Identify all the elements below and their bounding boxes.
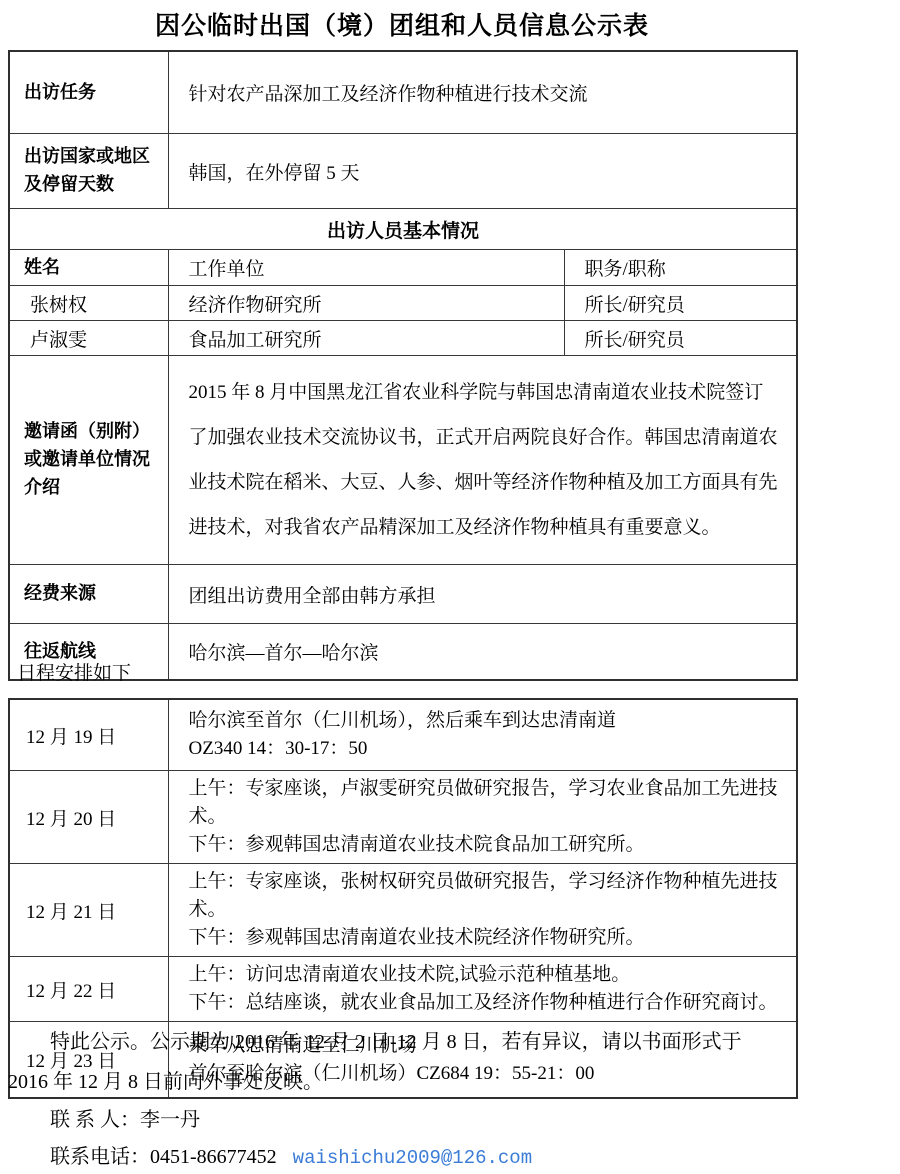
schedule-line: 下午：参观韩国忠清南道农业技术院经济作物研究所。 xyxy=(189,924,789,952)
schedule-row: 12 月 19 日 哈尔滨至首尔（仁川机场），然后乘车到达忠清南道 OZ340 … xyxy=(9,699,797,771)
table-row: 出访人员基本情况 xyxy=(9,209,797,250)
schedule-line: 上午：访问忠清南道农业技术院,试验示范种植基地。 xyxy=(189,961,789,989)
public-notice-line: 特此公示。公示期为 2016 年 12 月 2 日-12 月 8 日，若有异议，… xyxy=(8,1022,796,1062)
schedule-line: 下午：参观韩国忠清南道农业技术院食品加工研究所。 xyxy=(189,831,789,859)
col-header-unit: 工作单位 xyxy=(168,250,564,286)
invitation-value: 2015 年 8 月中国黑龙江省农业科学院与韩国忠清南道农业技术院签订了加强农业… xyxy=(168,356,797,565)
person-title: 所长/研究员 xyxy=(564,286,797,321)
personnel-row: 卢淑雯 食品加工研究所 所长/研究员 xyxy=(9,321,797,356)
funding-value: 团组出访费用全部由韩方承担 xyxy=(168,565,797,624)
mission-value: 针对农产品深加工及经济作物种植进行技术交流 xyxy=(168,51,797,134)
schedule-row: 12 月 22 日 上午：访问忠清南道农业技术院,试验示范种植基地。 下午：总结… xyxy=(9,957,797,1022)
table-row: 出访任务 针对农产品深加工及经济作物种植进行技术交流 xyxy=(9,51,797,134)
invitation-label: 邀请函（别附）或邀请单位情况介绍 xyxy=(9,356,168,565)
schedule-row: 12 月 21 日 上午：专家座谈，张树权研究员做研究报告，学习经济作物种植先进… xyxy=(9,864,797,957)
contact-phone-label: 联系电话： xyxy=(50,1146,150,1168)
personnel-header-row: 姓名 工作单位 职务/职称 xyxy=(9,250,797,286)
col-header-title: 职务/职称 xyxy=(564,250,797,286)
table-row: 经费来源 团组出访费用全部由韩方承担 xyxy=(9,565,797,624)
mission-label: 出访任务 xyxy=(9,51,168,134)
country-label: 出访国家或地区及停留天数 xyxy=(9,134,168,209)
person-name: 卢淑雯 xyxy=(9,321,168,356)
email-link[interactable]: waishichu2009@126.com xyxy=(293,1147,532,1169)
person-unit: 食品加工研究所 xyxy=(168,321,564,356)
schedule-content: 上午：专家座谈，卢淑雯研究员做研究报告，学习农业食品加工先进技术。 下午：参观韩… xyxy=(168,771,797,864)
schedule-date: 12 月 19 日 xyxy=(9,699,168,771)
person-unit: 经济作物研究所 xyxy=(168,286,564,321)
person-name: 张树权 xyxy=(9,286,168,321)
table-row: 邀请函（别附）或邀请单位情况介绍 2015 年 8 月中国黑龙江省农业科学院与韩… xyxy=(9,356,797,565)
contact-phone-line: 联系电话：0451-86677452waishichu2009@126.com xyxy=(8,1139,796,1174)
person-title: 所长/研究员 xyxy=(564,321,797,356)
personnel-section-header: 出访人员基本情况 xyxy=(9,209,797,250)
col-header-name: 姓名 xyxy=(9,250,168,286)
schedule-line: 哈尔滨至首尔（仁川机场），然后乘车到达忠清南道 xyxy=(189,707,789,735)
contact-person-line: 联 系 人：李一丹 xyxy=(8,1102,796,1139)
public-notice-line: 2016 年 12 月 8 日前向外事处反映。 xyxy=(8,1062,796,1102)
schedule-content: 上午：专家座谈，张树权研究员做研究报告，学习经济作物种植先进技术。 下午：参观韩… xyxy=(168,864,797,957)
schedule-date: 12 月 22 日 xyxy=(9,957,168,1022)
funding-label: 经费来源 xyxy=(9,565,168,624)
schedule-content: 上午：访问忠清南道农业技术院,试验示范种植基地。 下午：总结座谈，就农业食品加工… xyxy=(168,957,797,1022)
schedule-line: OZ340 14：30-17：50 xyxy=(189,735,789,763)
page-title: 因公临时出国（境）团组和人员信息公示表 xyxy=(8,6,796,42)
contact-person-label: 联 系 人： xyxy=(50,1109,140,1131)
schedule-date: 12 月 20 日 xyxy=(9,771,168,864)
table-row: 出访国家或地区及停留天数 韩国，在外停留 5 天 xyxy=(9,134,797,209)
info-table: 出访任务 针对农产品深加工及经济作物种植进行技术交流 出访国家或地区及停留天数 … xyxy=(8,50,798,681)
schedule-date: 12 月 21 日 xyxy=(9,864,168,957)
personnel-row: 张树权 经济作物研究所 所长/研究员 xyxy=(9,286,797,321)
footer: 特此公示。公示期为 2016 年 12 月 2 日-12 月 8 日，若有异议，… xyxy=(8,1022,796,1174)
schedule-content: 哈尔滨至首尔（仁川机场），然后乘车到达忠清南道 OZ340 14：30-17：5… xyxy=(168,699,797,771)
route-value: 哈尔滨—首尔—哈尔滨 xyxy=(168,624,797,681)
schedule-heading: 日程安排如下 xyxy=(17,658,131,685)
contact-person-name: 李一丹 xyxy=(140,1109,200,1131)
schedule-line: 上午：专家座谈，张树权研究员做研究报告，学习经济作物种植先进技术。 xyxy=(189,868,789,924)
schedule-line: 上午：专家座谈，卢淑雯研究员做研究报告，学习农业食品加工先进技术。 xyxy=(189,775,789,831)
schedule-row: 12 月 20 日 上午：专家座谈，卢淑雯研究员做研究报告，学习农业食品加工先进… xyxy=(9,771,797,864)
contact-phone-number: 0451-86677452 xyxy=(150,1146,277,1168)
country-value: 韩国，在外停留 5 天 xyxy=(168,134,797,209)
document-page: 因公临时出国（境）团组和人员信息公示表 出访任务 针对农产品深加工及经济作物种植… xyxy=(0,0,900,1174)
schedule-line: 下午：总结座谈，就农业食品加工及经济作物种植进行合作研究商讨。 xyxy=(189,989,789,1017)
